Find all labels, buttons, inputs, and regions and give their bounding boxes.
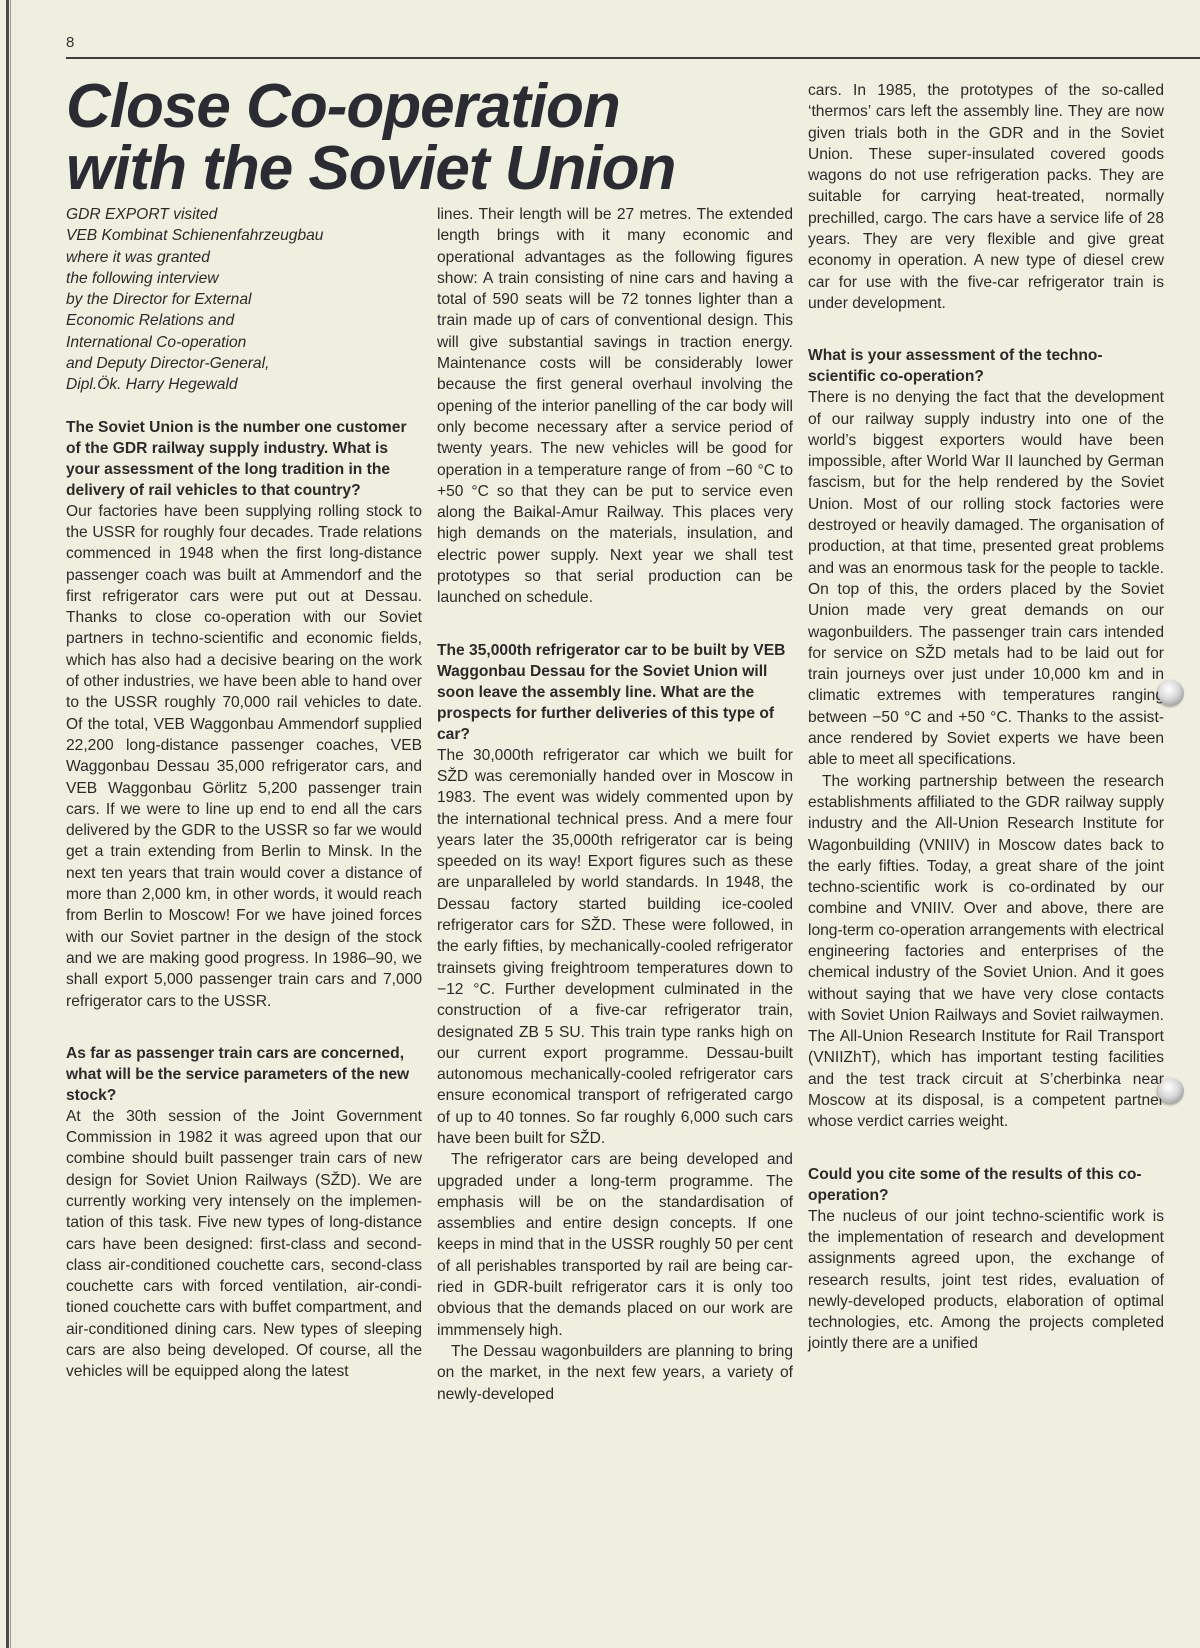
interview-answer-3-paragraph-2: The refrigerator cars are being deve­lop… [437,1149,793,1341]
interview-question-4: What is your assessment of the techno-sc… [808,345,1164,387]
intro-line: Dipl.Ök. Harry Hegewald [66,374,422,395]
binder-hole-icon [1158,1078,1184,1104]
headline-line-2: with the Soviet Union [66,134,675,203]
interview-question-3: The 35,000th refrigerator car to be buil… [437,640,793,745]
intro-line: and Deputy Director-General, [66,353,422,374]
header-rule [66,57,1200,59]
interview-answer-4-paragraph-2: The working partnership between the rese… [808,771,1164,1133]
intro-line: by the Director for External [66,289,422,310]
article-headline: Close Co-operation with the Soviet Union [66,76,786,200]
article-intro: GDR EXPORT visited VEB Kombinat Schienen… [66,204,422,396]
interview-answer-3-paragraph-3: The Dessau wagonbuilders are plan­ning t… [437,1341,793,1405]
intro-line: VEB Kombinat Schienenfahrzeugbau [66,225,422,246]
interview-answer-1: Our factories have been supplying rollin… [66,501,422,1012]
interview-answer-2-continued: lines. Their length will be 27 metres. T… [437,204,793,609]
intro-line: GDR EXPORT visited [66,204,422,225]
interview-answer-5: The nucleus of our joint techno-scientif… [808,1206,1164,1355]
interview-question-1: The Soviet Union is the number one custo… [66,417,422,501]
interview-question-2: As far as passenger train cars are con­c… [66,1043,422,1106]
binder-hole-icon [1158,680,1184,706]
intro-line: the following interview [66,268,422,289]
interview-question-5: Could you cite some of the results of th… [808,1164,1164,1206]
article-column-3: cars. In 1985, the prototypes of the so-… [808,80,1164,1355]
intro-line: International Co-operation [66,332,422,353]
intro-line: where it was granted [66,247,422,268]
interview-answer-2: At the 30th session of the Joint Govern­… [66,1106,422,1383]
article-column-2: lines. Their length will be 27 metres. T… [437,204,793,1405]
interview-answer-4: There is no denying the fact that the de… [808,387,1164,770]
intro-line: Economic Relations and [66,310,422,331]
interview-answer-3-continued: cars. In 1985, the prototypes of the so-… [808,80,1164,314]
interview-answer-3: The 30,000th refrigerator car which we b… [437,745,793,1150]
page-binding-edge-shadow [10,0,11,1648]
article-column-1: GDR EXPORT visited VEB Kombinat Schienen… [66,204,422,1383]
page-binding-edge [6,0,9,1648]
page-number: 8 [66,34,74,51]
headline-line-1: Close Co-operation [66,72,620,141]
